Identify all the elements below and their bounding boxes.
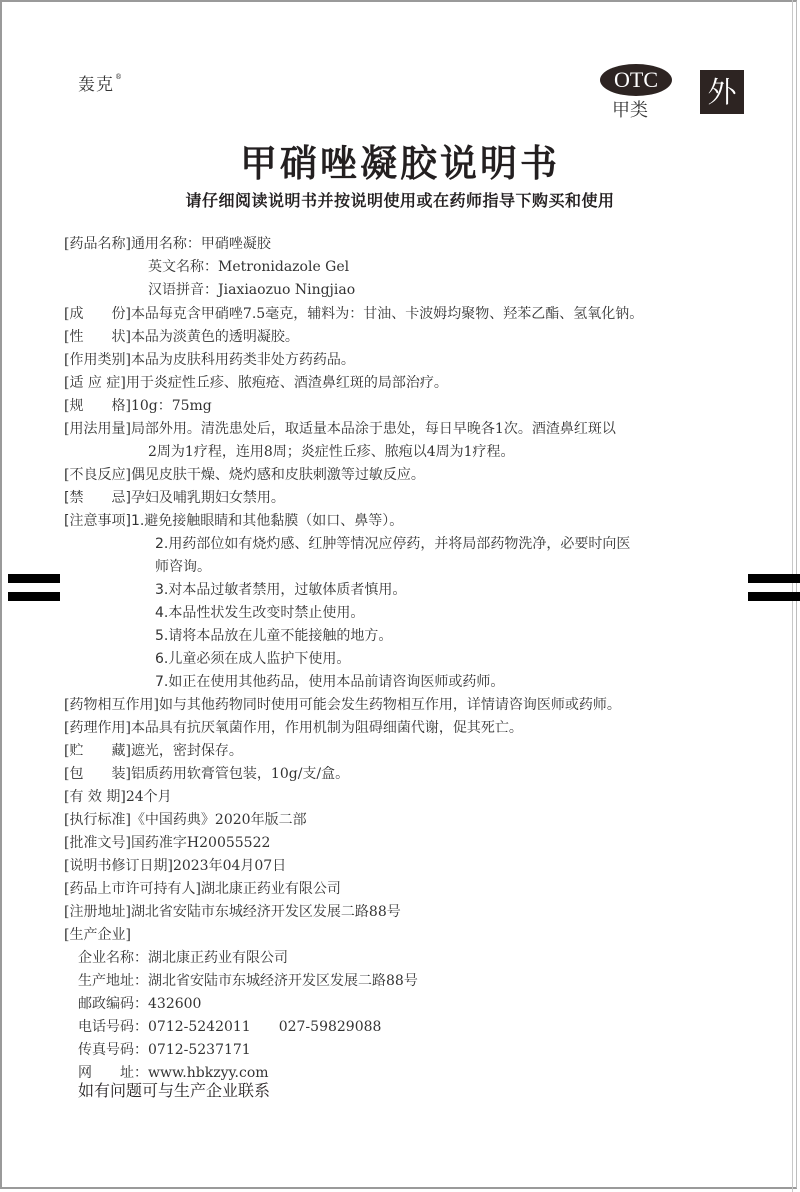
section-text: 国药准字H20055522 [131,835,270,851]
document-title: 甲硝唑凝胶说明书 [0,133,800,187]
mah-row: [药品上市许可持有人]湖北康正药业有限公司 [64,879,341,899]
section-text: 湖北康正药业有限公司 [201,881,341,897]
section-text: 24个月 [126,789,172,805]
section-label: [性 状] [64,329,131,345]
pharmacology-row: [药理作用]本品具有抗厌氧菌作用，作用机制为阻碍细菌代谢，促其死亡。 [64,718,523,738]
section-label: [贮 藏] [64,743,131,759]
section-label: [批准文号] [64,835,131,851]
section-text: 湖北省安陆市东城经济开发区发展二路88号 [131,904,401,920]
section-text: 孕妇及哺乳期妇女禁用。 [131,490,285,506]
precaution-item: 6.儿童必须在成人监护下使用。 [155,649,350,669]
storage-row: [贮 藏]遮光，密封保存。 [64,741,243,761]
section-label: [包 装] [64,766,131,782]
trademark-icon: ® [115,73,123,81]
drug-name-row: [药品名称]通用名称：甲硝唑凝胶 [64,234,271,254]
external-use-badge: 外 [700,70,744,114]
fold-mark-left-top [8,574,60,583]
section-text: 本品具有抗厌氧菌作用，作用机制为阻碍细菌代谢，促其死亡。 [131,720,523,736]
section-label: [药品名称] [64,236,131,252]
manufacturer-phone: 电话号码：0712-5242011 027-59829088 [78,1017,381,1037]
standard-row: [执行标准]《中国药典》2020年版二部 [64,810,307,830]
section-text: 遮光，密封保存。 [131,743,243,759]
brand-name: 轰克 [78,75,114,95]
section-label: [注意事项] [64,513,131,529]
section-label: [成 份] [64,306,131,322]
section-text: 《中国药典》2020年版二部 [131,812,307,828]
section-text: 用于炎症性丘疹、脓疱疮、酒渣鼻红斑的局部治疗。 [126,375,448,391]
section-label: [药物相互作用] [64,697,159,713]
precaution-item: 1.避免接触眼睛和其他黏膜（如口、鼻等）。 [131,513,403,529]
section-text: 局部外用。清洗患处后，取适量本品涂于患处，每日早晚各1次。酒渣鼻红斑以 [131,421,616,437]
precaution-item: 5.请将本品放在儿童不能接触的地方。 [155,626,392,646]
section-text: 如与其他药物同时使用可能会发生药物相互作用，详情请咨询医师或药师。 [159,697,621,713]
english-name: 英文名称：Metronidazole Gel [148,257,349,277]
section-label: [作用类别] [64,352,131,368]
manufacturer-heading: [生产企业] [64,925,131,945]
section-label: [禁 忌] [64,490,131,506]
precaution-item: 师咨询。 [155,557,211,577]
section-label: [有 效 期] [64,789,126,805]
section-label: [药理作用] [64,720,131,736]
section-label: [不良反应] [64,467,131,483]
dosage-row: [用法用量]局部外用。清洗患处后，取适量本品涂于患处，每日早晚各1次。酒渣鼻红斑… [64,419,616,439]
section-text: 铝质药用软膏管包装，10g/支/盒。 [131,766,349,782]
manufacturer-address: 生产地址：湖北省安陆市东城经济开发区发展二路88号 [78,971,418,991]
section-label: [说明书修订日期] [64,858,173,874]
approval-row: [批准文号]国药准字H20055522 [64,833,270,853]
ingredients-row: [成 份]本品每克含甲硝唑7.5毫克，辅料为：甘油、卡波姆均聚物、羟苯乙酯、氢氧… [64,304,643,324]
fold-mark-right-bottom [748,592,800,601]
pinyin-name: 汉语拼音：Jiaxiaozuo Ningjiao [148,280,355,300]
section-label: [药品上市许可持有人] [64,881,201,897]
section-text: 本品为皮肤科用药类非处方药药品。 [131,352,355,368]
section-text: 本品为淡黄色的透明凝胶。 [131,329,299,345]
fold-mark-right-top [748,574,800,583]
registered-address-row: [注册地址]湖北省安陆市东城经济开发区发展二路88号 [64,902,401,922]
section-text: 本品每克含甲硝唑7.5毫克，辅料为：甘油、卡波姆均聚物、羟苯乙酯、氢氧化钠。 [131,306,643,322]
document-subtitle: 请仔细阅读说明书并按说明使用或在药师指导下购买和使用 [0,188,800,211]
brand-logo: 轰克® [78,70,123,95]
dosage-continuation: 2周为1疗程，连用8周；炎症性丘疹、脓疱以4周为1疗程。 [148,442,515,462]
section-text: 2023年04月07日 [173,858,286,874]
precaution-item: 3.对本品过敏者禁用，过敏体质者慎用。 [155,580,406,600]
section-label: [用法用量] [64,421,131,437]
revision-date-row: [说明书修订日期]2023年04月07日 [64,856,286,876]
section-label: [规 格] [64,398,131,414]
manufacturer-fax: 传真号码：0712-5237171 [78,1040,251,1060]
section-text: 10g：75mg [131,398,212,414]
manufacturer-name: 企业名称：湖北康正药业有限公司 [78,948,288,968]
validity-row: [有 效 期]24个月 [64,787,172,807]
section-text: 偶见皮肤干燥、烧灼感和皮肤刺激等过敏反应。 [131,467,425,483]
precaution-item: 2.用药部位如有烧灼感、红肿等情况应停药，并将局部药物洗净，必要时向医 [155,534,630,554]
adverse-reactions-row: [不良反应]偶见皮肤干燥、烧灼感和皮肤刺激等过敏反应。 [64,465,425,485]
category-row: [作用类别]本品为皮肤科用药类非处方药药品。 [64,350,355,370]
specification-row: [规 格]10g：75mg [64,396,212,416]
section-label: [注册地址] [64,904,131,920]
section-label: [适 应 症] [64,375,126,391]
contraindications-row: [禁 忌]孕妇及哺乳期妇女禁用。 [64,488,285,508]
precautions-row: [注意事项]1.避免接触眼睛和其他黏膜（如口、鼻等）。 [64,511,403,531]
indications-row: [适 应 症]用于炎症性丘疹、脓疱疮、酒渣鼻红斑的局部治疗。 [64,373,448,393]
manufacturer-postcode: 邮政编码：432600 [78,994,201,1014]
package-row: [包 装]铝质药用软膏管包装，10g/支/盒。 [64,764,349,784]
precaution-item: 4.本品性状发生改变时禁止使用。 [155,603,364,623]
section-label: [执行标准] [64,812,131,828]
description-row: [性 状]本品为淡黄色的透明凝胶。 [64,327,299,347]
interactions-row: [药物相互作用]如与其他药物同时使用可能会发生药物相互作用，详情请咨询医师或药师… [64,695,621,715]
otc-badge: OTC [600,64,672,96]
fold-mark-left-bottom [8,592,60,601]
generic-name: 通用名称：甲硝唑凝胶 [131,236,271,252]
contact-note: 如有问题可与生产企业联系 [78,1078,270,1101]
precaution-item: 7.如正在使用其他药品，使用本品前请咨询医师或药师。 [155,672,504,692]
otc-class-label: 甲类 [612,96,648,122]
